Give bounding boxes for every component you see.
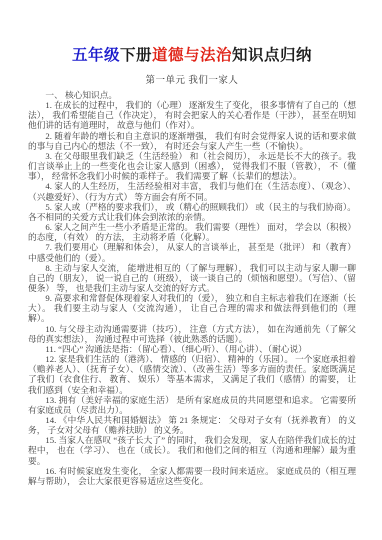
knowledge-point: 16. 有时候家庭发生变化， 全家人都需要一段时间来适应。 家庭成员的（相互理解… [28,466,356,486]
knowledge-point: 2. 随着年龄的增长和自主意识的逐渐增强， 我们有时会觉得家人说的话和要求做的事… [28,131,356,151]
title-subject: 道德与法治 [152,47,232,64]
unit-heading: 第一单元 我们一家人 [28,76,356,87]
knowledge-point: 8. 主动与家人交流， 能增进相互的（了解与理解）， 我们可以主动与家人聊一聊自… [28,263,356,293]
title-grade: 五年级 [72,47,120,64]
page-title: 五年级下册道德与法治知识点归纳 [28,46,356,66]
knowledge-point: 6. 家人之间产生一些小矛盾是正常的。 我们需要（理性） 面对， 学会以（积极）… [28,222,356,242]
document-page: 五年级下册道德与法治知识点归纳 第一单元 我们一家人 一、 核心知识点。 1. … [0,0,382,540]
knowledge-point: 11. “四心” 沟通法是指：（留心看）、（细心听）、（用心讲）、（耐心说） [28,344,356,354]
knowledge-point: 15. 当家人在感叹 “孩子长大了” 的同时， 我们会发现， 家人在陪伴我们成长… [28,435,356,465]
knowledge-point: 14. 《中华人民共和国婚姻法》 第 21 条规定： 父母对子女有（抚养教育） … [28,415,356,435]
knowledge-point: 9. 高要求和常督促体现着家人对我们的（爱）， 独立和自主标志着我们在逐渐（长大… [28,293,356,323]
knowledge-point: 3. 在父母眼里我们缺乏（生活经验） 和（社会阅历）， 永远是长不大的孩子。我们… [28,151,356,181]
knowledge-point: 13. 拥有（美好幸福的家庭生活） 是所有家庭成员的共同愿望和追求。 它需要所有… [28,395,356,415]
knowledge-point: 12. 家是我们生活的（港湾）、 情感的（归宿）、 精神的（乐园）。 一个家庭承… [28,354,356,395]
knowledge-point: 10. 与父母主动沟通需要讲（技巧）， 注意（方式方法）， 如在沟通前先（了解父… [28,324,356,344]
title-volume: 下册 [120,47,152,64]
knowledge-point: 1. 在成长的过程中， 我们的（心理） 逐渐发生了变化， 很多事情有了自己的（想… [28,100,356,130]
knowledge-point: 7. 我们要用心（理解和体会）， 从家人的言谈举止， 甚至是（批评） 和（教育）… [28,242,356,262]
document-body: 一、 核心知识点。 1. 在成长的过程中， 我们的（心理） 逐渐发生了变化， 很… [28,90,356,486]
knowledge-point: 4. 家人的人生经历， 生活经验相对丰富， 我们与他们在（生活态度）、（观念）、… [28,181,356,201]
knowledge-points-list: 1. 在成长的过程中， 我们的（心理） 逐渐发生了变化， 很多事情有了自己的（想… [28,100,356,486]
title-suffix: 知识点归纳 [232,47,312,64]
knowledge-point: 5. 家人或（严格的要求我们）， 或（精心的照顾我们） 或（民主的与我们协商）。… [28,202,356,222]
section-heading: 一、 核心知识点。 [28,90,356,100]
